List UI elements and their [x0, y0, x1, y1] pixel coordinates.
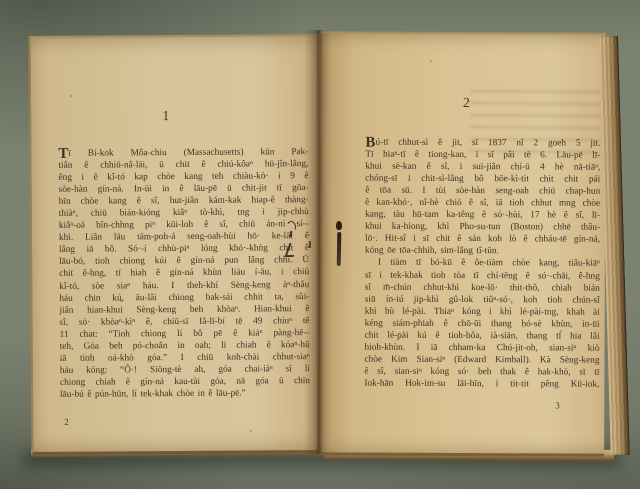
page-number-left: 2 [64, 417, 69, 427]
ink-mark [309, 241, 311, 248]
text-line: kéng siám-phiah ê chō-ūi thang hó-sè khù… [365, 317, 600, 330]
text-line: I tiàm tī bó-kū ê ôe-tiàm chòe kang, tiâ… [365, 257, 600, 270]
chapter-number-right: 2 [350, 96, 584, 113]
text-line: khui sè-kan ê sî, i sui-jiân chí-ū 4 hè … [365, 161, 600, 174]
paper-speck [560, 330, 562, 332]
paper-speck [70, 95, 72, 97]
right-page: 2 Bú-tī chhut-sì ê jit, sī 1837 nî 2 goe… [318, 31, 606, 456]
page-number-right: 3 [555, 400, 560, 410]
text-line: Tī hiaⁿ-tī ê tiong-kan, i sī pâi tē 6. L… [365, 149, 600, 162]
text-line: lō·. Hit-sî i sī chit ê sán koh lò ê chh… [365, 233, 600, 246]
text-line: chit ê-hng, tī hiah ê gín-ná khùn liáu í… [59, 267, 309, 281]
text-line: sî m̄-chún chhut-khì koe-lō· thit-thô, c… [365, 281, 600, 294]
text-line: chit lé-pài kú ê tioh-bôa, ià-siān, than… [365, 329, 600, 342]
left-page: 1 Tī Bí-kok Môa-chiu (Massachusetts) kūn… [29, 34, 324, 455]
text-line: khì hù lé-pài. Thiaⁿ kóng i khì lé-pài-t… [365, 305, 600, 318]
text-line: ê sî, sian-siⁿ kóng só· beh thak ê hak-k… [364, 365, 599, 378]
text-line: hioh-khùn. I iā chham-ka Chú-jit-oh, sia… [365, 341, 600, 354]
text-line: chòe Kim Sian-siⁿ (Edward Kimball). Kà S… [364, 353, 599, 366]
text-line: siū ín-iú jip-khì gû-lok tiûⁿ-só·, koh t… [365, 293, 600, 306]
text-line: kóng ōe tōa-chhih, sim-lâng tî-tūn. [365, 245, 600, 258]
text-line: ê tōa sū. I tùi sòe-hàn seng-oah chiū ch… [365, 185, 600, 198]
text-line: chóng-sī i chit-sì-lâng bô bōe-kì-tit ch… [365, 173, 600, 186]
chapter-number-left: 1 [41, 108, 291, 126]
ink-mark [337, 232, 342, 266]
ink-mark [336, 221, 342, 230]
paper-speck [120, 300, 122, 302]
text-line: ê kan-khó·, nî-hè chió ê sî, iā tioh chh… [365, 197, 600, 210]
text-line: khui ka-hiong, khì Pho-su-tun (Boston) c… [365, 221, 600, 234]
paper-speck [430, 60, 432, 62]
text-line: Bú-tī chhut-sì ê jit, sī 1837 nî 2 goeh … [365, 137, 600, 150]
text-line: kî-tó, sòe siaⁿ háu. I theh-khí Sèng-ken… [59, 279, 309, 293]
left-page-text: Tī Bí-kok Môa-chiu (Massachusetts) kūn P… [58, 146, 310, 401]
text-line: lāu-bú ê pún-hūn, lí tek-khak chòe in ê … [60, 387, 310, 401]
text-line: chiong chiah ê gín-ná kau-tài góa, nā gó… [60, 375, 310, 389]
right-page-text: Bú-tī chhut-sì ê jit, sī 1837 nî 2 goeh … [364, 137, 600, 391]
photo-background: 1 Tī Bí-kok Môa-chiu (Massachusetts) kūn… [0, 0, 640, 489]
text-line: sī i tek-khak tioh tòa tī chí-tēng ê só·… [365, 269, 600, 282]
paper-speck [250, 430, 252, 432]
text-line: Iok-hān Hok-im-su lāi-bīn, i tit-tit pên… [364, 378, 599, 391]
text-line: kang, tàu hū-tam ka-têng ê só·-hùi, 17 h… [365, 209, 600, 222]
